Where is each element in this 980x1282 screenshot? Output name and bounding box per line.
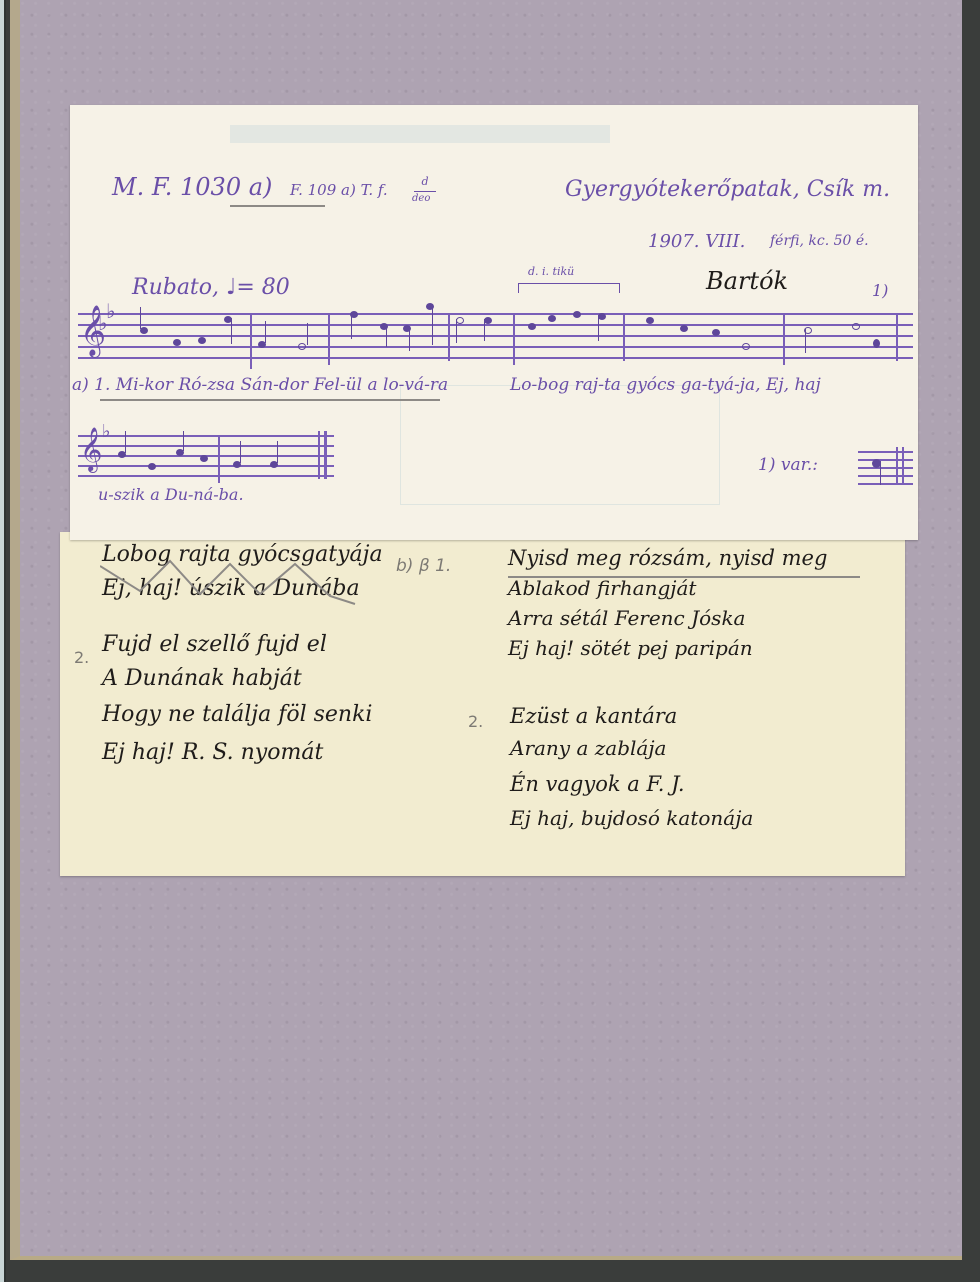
fraction-top: d xyxy=(415,175,435,188)
bleed-through-band xyxy=(230,125,610,143)
flat-icon: ♭ xyxy=(102,421,111,442)
flat-icon: ♭ xyxy=(98,311,107,335)
lyrics-right-s2-line2: Arany a zablája xyxy=(510,736,666,760)
staff-2: 𝄞 ♭ xyxy=(78,435,334,475)
lyrics-right-s2-number: 2. xyxy=(468,712,483,731)
clef-icon: 𝄞 xyxy=(80,427,102,472)
music-lyrics-line1-right: Lo-bog raj-ta gyócs ga-tyá-ja, Ej, haj xyxy=(510,375,821,395)
lyrics-sheet: Lobog rajta gyócsgatyája Ej, haj! úszik … xyxy=(60,532,905,876)
bracket xyxy=(518,283,620,293)
secondary-ref: F. 109 a) T. f. xyxy=(290,181,388,199)
variant-staff xyxy=(858,451,913,481)
lyrics-left-s2-line1: Fujd el szellő fujd el xyxy=(102,632,327,657)
date: 1907. VIII. xyxy=(648,231,745,252)
tempo-marking: Rubato, ♩= 80 xyxy=(132,275,290,300)
music-lyrics-line2: u-szik a Du-ná-ba. xyxy=(98,485,244,504)
annotation-above: d. i. tikü xyxy=(528,265,574,278)
lyrics-right-s1-line1: Nyisd meg rózsám, nyisd meg xyxy=(508,546,827,570)
bleed-through-staff xyxy=(400,385,720,505)
footnote-marker: 1) xyxy=(872,281,888,300)
lyrics-right-s1-line3: Arra sétál Ferenc Jóska xyxy=(508,606,745,630)
catalog-number: M. F. 1030 a) xyxy=(112,173,272,201)
fraction-bar xyxy=(414,191,436,192)
lyrics-left-s2-line2: A Dunának habját xyxy=(102,666,302,691)
lyrics-right-s2-line4: Ej haj, bujdosó katonája xyxy=(510,806,753,830)
pencil-underline xyxy=(100,399,440,401)
lyrics-left-s2-line3: Hogy ne találja föl senki xyxy=(102,702,372,727)
lyrics-right-s1-line2: Ablakod firhangját xyxy=(508,576,696,600)
music-card: M. F. 1030 a) F. 109 a) T. f. d deo Gyer… xyxy=(70,105,918,540)
lyrics-left-s2-number: 2. xyxy=(74,648,89,667)
lyrics-right-s1-line4: Ej haj! sötét pej paripán xyxy=(508,636,753,660)
music-lyrics-line1-left: a) 1. Mi-kor Ró-zsa Sán-dor Fel-ül a lo-… xyxy=(72,375,448,395)
staff-1: 𝄞 ♭ ♭ xyxy=(78,313,913,357)
singer-info: férfi, kc. 50 é. xyxy=(770,233,869,249)
pencil-underline xyxy=(230,205,325,207)
scanner-edge xyxy=(0,0,6,1282)
lyrics-right-s2-line1: Ezüst a kantára xyxy=(510,704,677,728)
lyrics-right-s2-line3: Én vagyok a F. J. xyxy=(510,772,685,796)
lyrics-right-s1-label: b) β 1. xyxy=(396,556,451,576)
variant-label: 1) var.: xyxy=(758,455,818,475)
fraction-bottom: deo xyxy=(412,193,430,204)
collector-signature: Bartók xyxy=(706,267,788,295)
location: Gyergyótekerőpatak, Csík m. xyxy=(565,177,890,202)
lyrics-left-s2-line4: Ej haj! R. S. nyomát xyxy=(102,740,323,765)
pencil-zigzag-mark xyxy=(100,556,360,606)
